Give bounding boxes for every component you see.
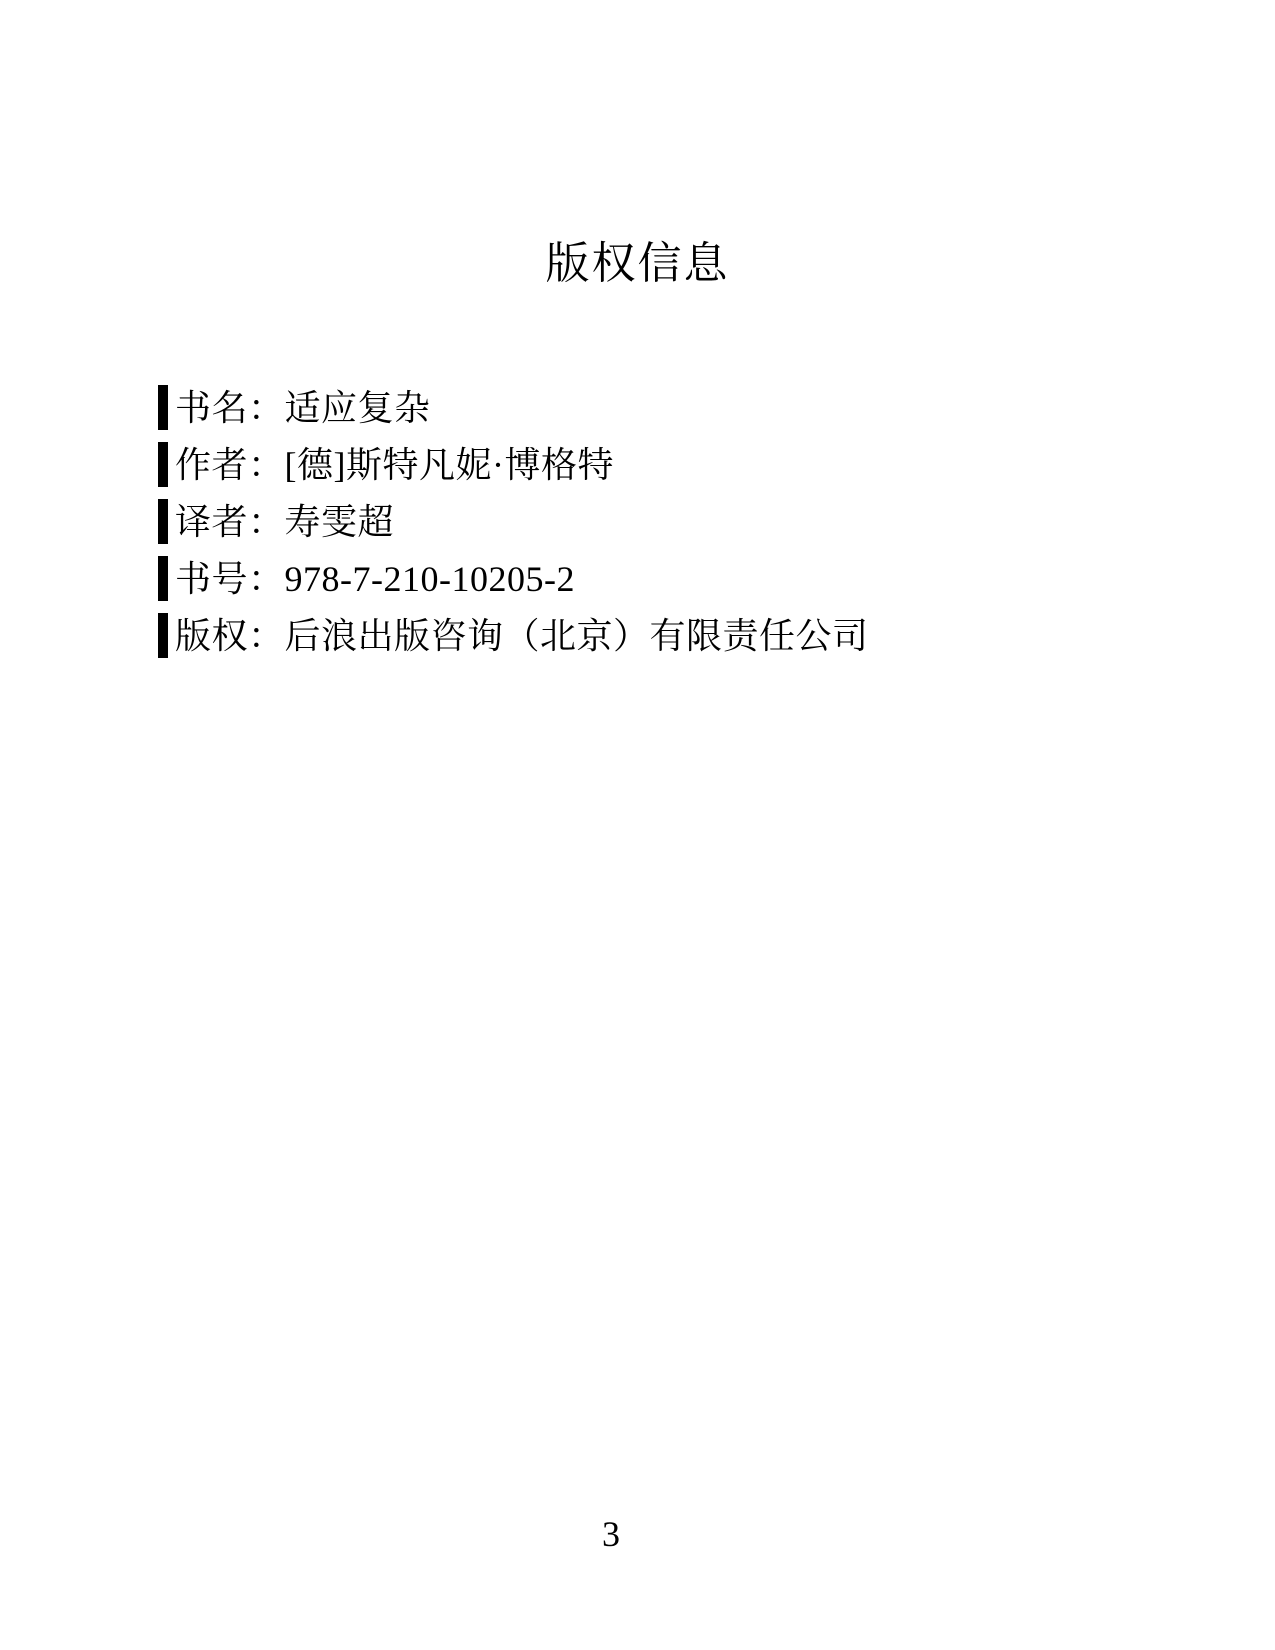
item-label: 书号	[175, 559, 248, 599]
item-value: 后浪出版咨询（北京）有限责任公司	[285, 616, 869, 656]
item-label: 译者	[175, 502, 248, 542]
copyright-item-book-title: 书名：适应复杂	[158, 385, 869, 430]
item-separator: ：	[248, 559, 285, 599]
copyright-item-author: 作者：[德]斯特凡妮·博格特	[158, 442, 869, 487]
document-page: 版权信息 书名：适应复杂 作者：[德]斯特凡妮·博格特 译者：寿雯超 书号：97…	[0, 0, 1275, 1650]
item-value: [德]斯特凡妮·博格特	[285, 445, 614, 485]
item-marker-bar	[158, 499, 168, 544]
item-marker-bar	[158, 556, 168, 601]
item-text: 书名：适应复杂	[175, 390, 431, 426]
copyright-item-isbn: 书号：978-7-210-10205-2	[158, 556, 869, 601]
item-label: 书名	[175, 388, 248, 428]
item-label: 作者	[175, 445, 248, 485]
item-marker-bar	[158, 613, 168, 658]
item-value: 适应复杂	[285, 388, 431, 428]
item-text: 书号：978-7-210-10205-2	[175, 561, 575, 597]
page-title: 版权信息	[0, 240, 1275, 288]
item-value: 寿雯超	[285, 502, 395, 542]
copyright-item-translator: 译者：寿雯超	[158, 499, 869, 544]
item-label: 版权	[175, 616, 248, 656]
copyright-info-list: 书名：适应复杂 作者：[德]斯特凡妮·博格特 译者：寿雯超 书号：978-7-2…	[158, 385, 869, 670]
copyright-item-publisher: 版权：后浪出版咨询（北京）有限责任公司	[158, 613, 869, 658]
item-separator: ：	[248, 388, 285, 428]
item-marker-bar	[158, 442, 168, 487]
item-text: 作者：[德]斯特凡妮·博格特	[175, 447, 614, 483]
item-separator: ：	[248, 616, 285, 656]
item-separator: ：	[248, 502, 285, 542]
item-value: 978-7-210-10205-2	[285, 559, 575, 599]
item-text: 译者：寿雯超	[175, 504, 394, 540]
item-separator: ：	[248, 445, 285, 485]
item-text: 版权：后浪出版咨询（北京）有限责任公司	[175, 618, 869, 654]
item-marker-bar	[158, 385, 168, 430]
page-number: 3	[0, 1516, 1222, 1552]
